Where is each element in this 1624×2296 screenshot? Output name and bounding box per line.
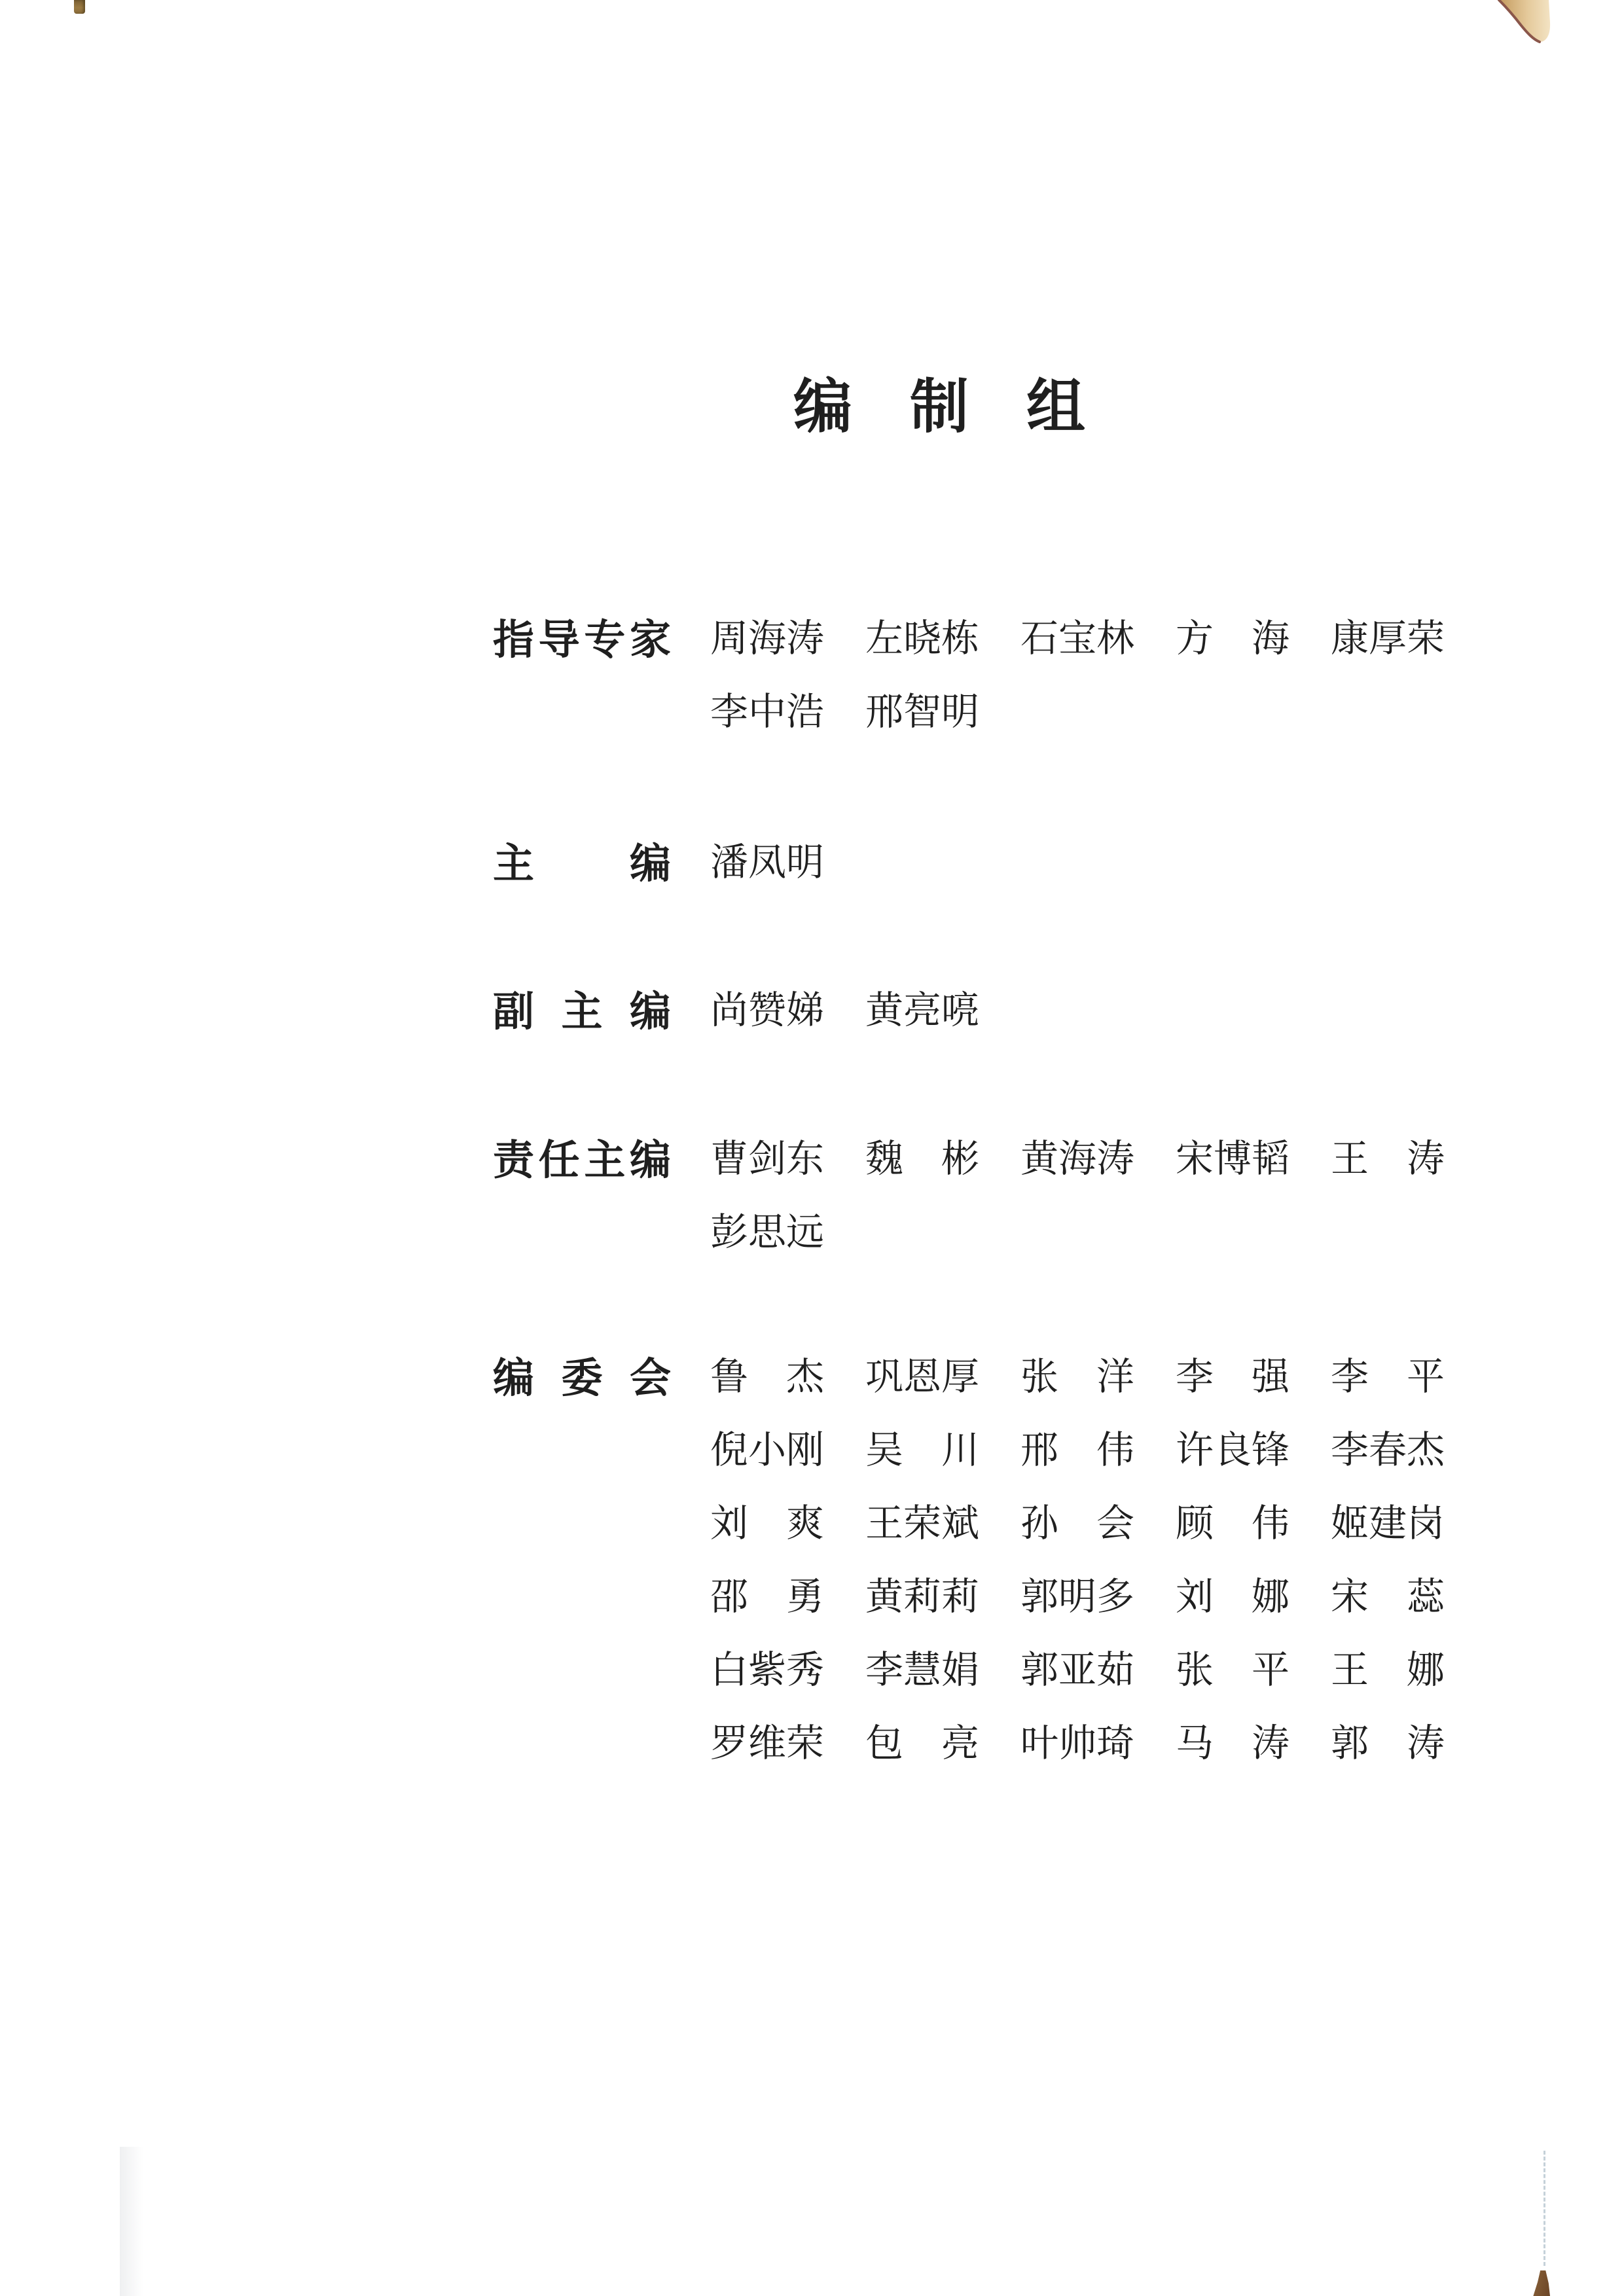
section-label: 副主编 <box>493 992 671 1033</box>
person-name: 巩恩厚 <box>865 1358 981 1396</box>
person-name: 李 强 <box>1176 1358 1291 1396</box>
person-name: 邢 伟 <box>1020 1431 1136 1469</box>
page-curl-icon <box>1481 0 1559 52</box>
person-name: 邵 勇 <box>710 1578 826 1616</box>
person-name: 石宝林 <box>1020 620 1136 658</box>
person-name: 李中浩 <box>710 693 826 731</box>
name-row: 周海涛 左晓栋 石宝林 方 海 康厚荣 <box>710 620 1447 658</box>
name-row: 潘凤明 <box>710 844 826 882</box>
person-name: 黄亮喨 <box>865 992 981 1030</box>
person-name: 魏 彬 <box>865 1140 981 1178</box>
scan-shadow <box>120 2147 143 2296</box>
section-deputy-chief-editors: 副主编 尚赞娣 黄亮喨 <box>493 992 981 1065</box>
section-editorial-committee: 编委会 鲁 杰 巩恩厚 张 洋 李 强 李 平 倪小刚 吴 川 邢 伟 许良锋 … <box>493 1358 1447 1798</box>
name-row: 倪小刚 吴 川 邢 伟 许良锋 李春杰 <box>710 1431 1447 1469</box>
person-name: 李 平 <box>1331 1358 1447 1396</box>
person-name: 左晓栋 <box>865 620 981 658</box>
person-name: 彭思远 <box>710 1213 826 1251</box>
name-row: 罗维荣 包 亮 叶帅琦 马 涛 郭 涛 <box>710 1725 1447 1763</box>
name-row: 鲁 杰 巩恩厚 张 洋 李 强 李 平 <box>710 1358 1447 1396</box>
person-name: 郭明多 <box>1020 1578 1136 1616</box>
person-name: 王 娜 <box>1331 1651 1447 1689</box>
person-name: 潘凤明 <box>710 844 826 882</box>
name-list: 潘凤明 <box>710 844 826 917</box>
name-row: 尚赞娣 黄亮喨 <box>710 992 981 1030</box>
person-name: 张 平 <box>1176 1651 1291 1689</box>
name-list: 尚赞娣 黄亮喨 <box>710 992 981 1065</box>
bookmark-ribbon-icon <box>74 0 85 14</box>
person-name: 王荣斌 <box>865 1505 981 1543</box>
name-list: 周海涛 左晓栋 石宝林 方 海 康厚荣 李中浩 邢智明 <box>710 620 1447 766</box>
section-chief-editor: 主编 潘凤明 <box>493 844 826 917</box>
name-row: 曹剑东 魏 彬 黄海涛 宋博韬 王 涛 <box>710 1140 1447 1178</box>
section-responsible-editors: 责任主编 曹剑东 魏 彬 黄海涛 宋博韬 王 涛 彭思远 <box>493 1140 1447 1287</box>
person-name: 叶帅琦 <box>1020 1725 1136 1763</box>
section-label: 编委会 <box>493 1358 671 1399</box>
person-name: 宋 蕊 <box>1331 1578 1447 1616</box>
section-label: 责任主编 <box>493 1140 671 1181</box>
name-row: 彭思远 <box>710 1213 1447 1251</box>
person-name: 吴 川 <box>865 1431 981 1469</box>
person-name: 郭 涛 <box>1331 1725 1447 1763</box>
person-name: 张 洋 <box>1020 1358 1136 1396</box>
person-name: 周海涛 <box>710 620 826 658</box>
scan-stain <box>1532 2270 1550 2296</box>
name-row: 白紫秀 李慧娟 郭亚茹 张 平 王 娜 <box>710 1651 1447 1689</box>
person-name: 李慧娟 <box>865 1651 981 1689</box>
person-name: 许良锋 <box>1176 1431 1291 1469</box>
person-name: 曹剑东 <box>710 1140 826 1178</box>
person-name: 鲁 杰 <box>710 1358 826 1396</box>
section-label: 主编 <box>493 844 671 885</box>
person-name: 尚赞娣 <box>710 992 826 1030</box>
name-list: 曹剑东 魏 彬 黄海涛 宋博韬 王 涛 彭思远 <box>710 1140 1447 1287</box>
scan-edge-dashed-line <box>1543 2151 1545 2266</box>
person-name: 黄莉莉 <box>865 1578 981 1616</box>
person-name: 包 亮 <box>865 1725 981 1763</box>
name-row: 邵 勇 黄莉莉 郭明多 刘 娜 宋 蕊 <box>710 1578 1447 1616</box>
person-name: 孙 会 <box>1020 1505 1136 1543</box>
person-name: 罗维荣 <box>710 1725 826 1763</box>
section-label: 指导专家 <box>493 620 671 661</box>
person-name: 刘 娜 <box>1176 1578 1291 1616</box>
person-name: 方 海 <box>1176 620 1291 658</box>
person-name: 黄海涛 <box>1020 1140 1136 1178</box>
person-name: 白紫秀 <box>710 1651 826 1689</box>
page-title: 编制组 <box>793 378 1143 437</box>
person-name: 康厚荣 <box>1331 620 1447 658</box>
person-name: 李春杰 <box>1331 1431 1447 1469</box>
person-name: 邢智明 <box>865 693 981 731</box>
person-name: 宋博韬 <box>1176 1140 1291 1178</box>
person-name: 王 涛 <box>1331 1140 1447 1178</box>
person-name: 刘 爽 <box>710 1505 826 1543</box>
person-name: 马 涛 <box>1176 1725 1291 1763</box>
person-name: 倪小刚 <box>710 1431 826 1469</box>
name-list: 鲁 杰 巩恩厚 张 洋 李 强 李 平 倪小刚 吴 川 邢 伟 许良锋 李春杰 … <box>710 1358 1447 1798</box>
name-row: 刘 爽 王荣斌 孙 会 顾 伟 姬建岗 <box>710 1505 1447 1543</box>
section-guiding-experts: 指导专家 周海涛 左晓栋 石宝林 方 海 康厚荣 李中浩 邢智明 <box>493 620 1447 766</box>
name-row: 李中浩 邢智明 <box>710 693 1447 731</box>
book-page: 编制组 指导专家 周海涛 左晓栋 石宝林 方 海 康厚荣 李中浩 邢智明 主编 … <box>0 0 1624 2296</box>
person-name: 顾 伟 <box>1176 1505 1291 1543</box>
person-name: 姬建岗 <box>1331 1505 1447 1543</box>
person-name: 郭亚茹 <box>1020 1651 1136 1689</box>
